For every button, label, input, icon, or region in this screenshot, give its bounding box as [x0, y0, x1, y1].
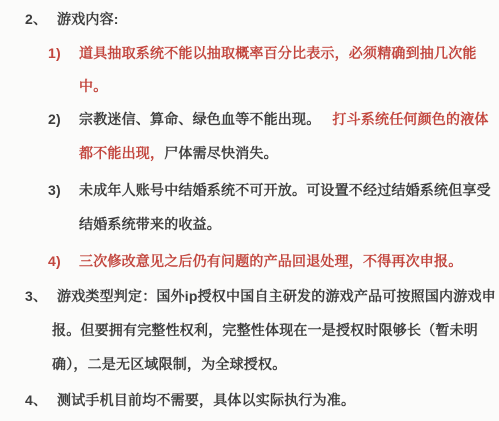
section-2-heading: 游戏内容: — [57, 11, 119, 27]
subitem-2-marker: 2) — [48, 110, 79, 128]
subitem-1-text-continued: 中。 — [79, 78, 107, 94]
subitem-4-line-1: 4)三次修改意见之后仍有问题的产品回退处理，不得再次申报。 — [48, 252, 462, 270]
subitem-4-marker: 4) — [48, 252, 79, 270]
subitem-1-marker: 1) — [48, 44, 79, 62]
section-4-text: 测试手机目前均不需要，具体以实际执行为准。 — [57, 392, 355, 408]
subitem-2-text-red: 打斗系统任何颜色的液体 — [332, 111, 488, 127]
section-3-text: 游戏类型判定：国外ip授权中国自主研发的游戏产品可按照国内游戏申 — [57, 288, 496, 304]
section-3-text-continued-2: 确），二是无区域限制，为全球授权。 — [52, 356, 286, 372]
subitem-2-line-2: 都不能出现，尸体需尽快消失。 — [79, 144, 278, 162]
subitem-3-line-1: 3)未成年人账号中结婚系统不可开放。可设置不经过结婚系统但享受 — [48, 181, 491, 199]
subitem-1-line-1: 1)道具抽取系统不能以抽取概率百分比表示，必须精确到抽几次能 — [48, 44, 477, 62]
section-3-marker: 3、 — [25, 287, 57, 305]
subitem-3-line-2: 结婚系统带来的收益。 — [79, 215, 221, 233]
subitem-2-text-red-continued: 都不能出现， — [79, 145, 164, 161]
section-4-marker: 4、 — [25, 391, 57, 409]
subitem-3-text: 未成年人账号中结婚系统不可开放。可设置不经过结婚系统但享受 — [79, 182, 491, 198]
section-2-heading-line: 2、游戏内容: — [25, 10, 119, 28]
section-4-line-1: 4、测试手机目前均不需要，具体以实际执行为准。 — [25, 391, 355, 409]
subitem-3-marker: 3) — [48, 181, 79, 199]
section-3-line-3: 确），二是无区域限制，为全球授权。 — [52, 355, 286, 373]
section-3-line-1: 3、游戏类型判定：国外ip授权中国自主研发的游戏产品可按照国内游戏申 — [25, 287, 496, 305]
subitem-1-text: 道具抽取系统不能以抽取概率百分比表示，必须精确到抽几次能 — [79, 45, 477, 61]
subitem-2-line-1: 2)宗教迷信、算命、绿色血等不能出现。打斗系统任何颜色的液体 — [48, 110, 489, 128]
subitem-3-text-continued: 结婚系统带来的收益。 — [79, 216, 221, 232]
subitem-1-line-2: 中。 — [79, 77, 107, 95]
section-2-marker: 2、 — [25, 10, 57, 28]
section-3-text-continued-1: 报。但要拥有完整性权利，完整性体现在一是授权时限够长（暂未明 — [52, 322, 478, 338]
document-page: 2、游戏内容: 1)道具抽取系统不能以抽取概率百分比表示，必须精确到抽几次能 中… — [0, 0, 499, 421]
subitem-2-text-black: 宗教迷信、算命、绿色血等不能出现。 — [79, 111, 320, 127]
section-3-line-2: 报。但要拥有完整性权利，完整性体现在一是授权时限够长（暂未明 — [52, 321, 478, 339]
subitem-4-text: 三次修改意见之后仍有问题的产品回退处理，不得再次申报。 — [79, 253, 462, 269]
subitem-2-text-black-continued: 尸体需尽快消失。 — [164, 145, 278, 161]
